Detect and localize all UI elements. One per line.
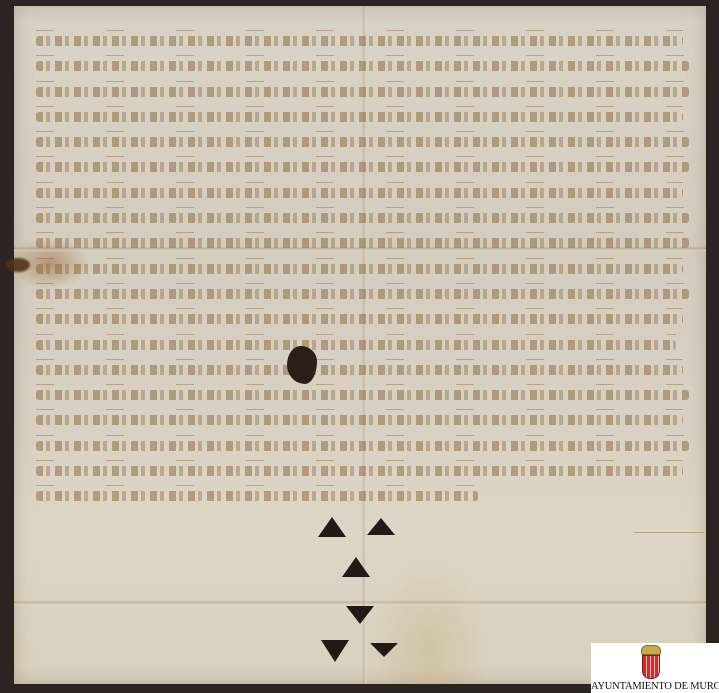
text-line — [36, 365, 683, 375]
text-line — [36, 87, 689, 97]
text-line — [36, 36, 683, 46]
text-line — [36, 162, 689, 172]
text-line — [36, 213, 689, 223]
seal-cord-hole — [318, 517, 346, 537]
manuscript-scan: AYUNTAMIENTO DE MURCIA — [0, 0, 719, 693]
institution-watermark: AYUNTAMIENTO DE MURCIA — [591, 643, 719, 693]
handwritten-text-block — [36, 36, 696, 517]
seal-cord-hole — [321, 640, 349, 662]
text-line — [36, 491, 478, 501]
text-line — [36, 314, 683, 324]
edge-stain — [6, 258, 30, 272]
text-line — [36, 340, 676, 350]
parchment-sheet — [14, 6, 706, 684]
fold-crease — [14, 600, 706, 605]
text-line — [36, 441, 689, 451]
text-line — [36, 112, 683, 122]
crown-icon — [641, 645, 661, 655]
shield-icon — [642, 655, 660, 679]
text-line — [36, 466, 683, 476]
ink-blot — [287, 346, 317, 384]
text-line — [36, 264, 683, 274]
seal-cord-hole — [370, 643, 398, 657]
text-line — [36, 137, 689, 147]
signature-mark — [634, 516, 704, 533]
text-line — [36, 415, 683, 425]
text-line — [36, 61, 689, 71]
seal-cord-hole — [346, 606, 374, 624]
text-line — [36, 188, 683, 198]
seal-cord-hole — [367, 518, 395, 535]
murcia-crest-icon — [640, 645, 662, 681]
text-line — [36, 238, 689, 248]
seal-cord-hole — [342, 557, 370, 577]
text-line — [36, 390, 689, 400]
text-line — [36, 289, 689, 299]
institution-name: AYUNTAMIENTO DE MURCIA — [591, 681, 719, 692]
